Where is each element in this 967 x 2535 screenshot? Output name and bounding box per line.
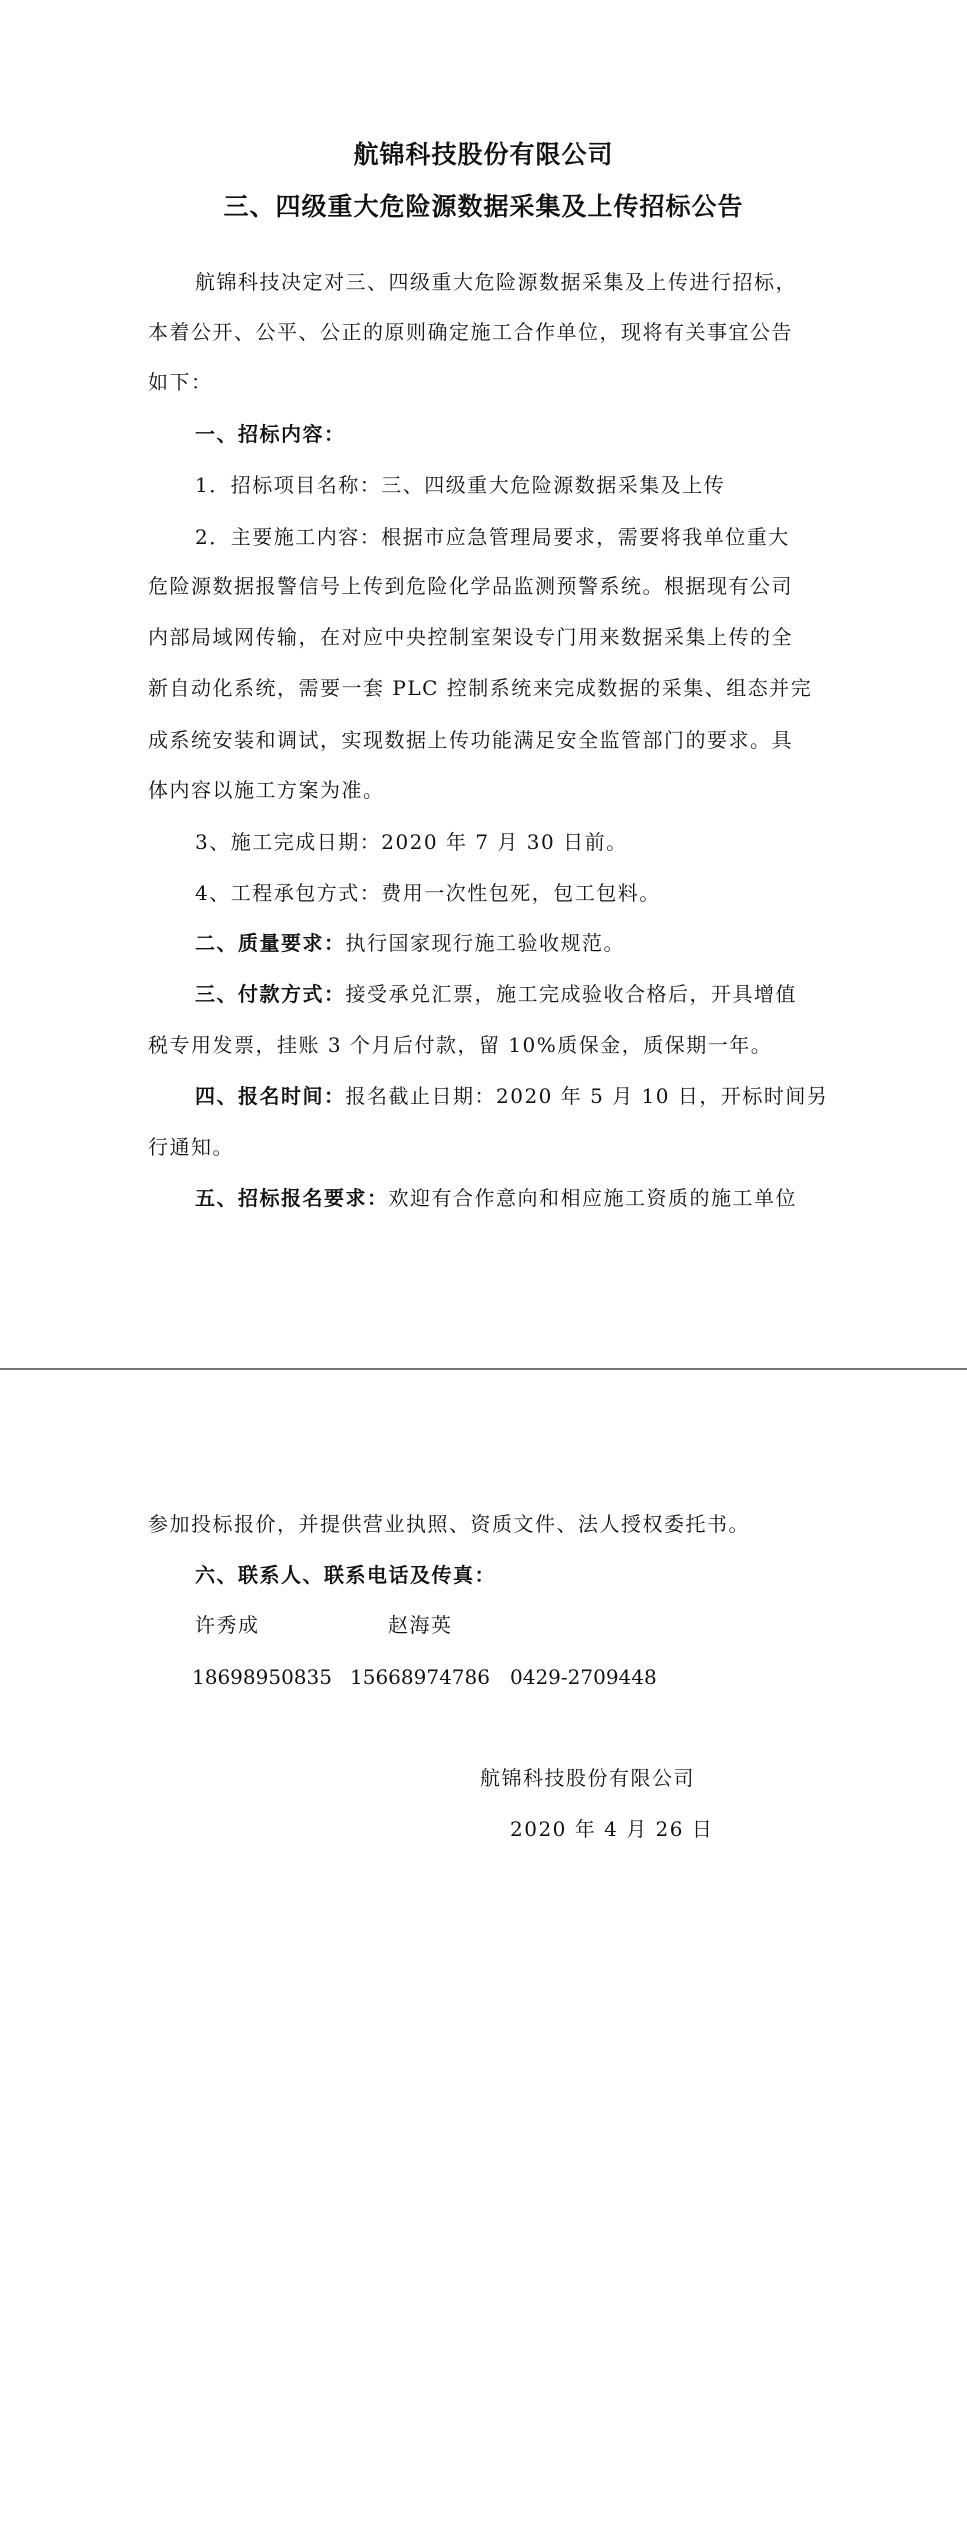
- intro-line-2: 本着公开、公平、公正的原则确定施工合作单位，现将有关事宜公告: [148, 320, 793, 344]
- signature-date: 2020 年 4 月 26 日: [510, 1817, 713, 1841]
- section-heading: 六、联系人、联系电话及传真：: [195, 1563, 496, 1587]
- section-text: 执行国家现行施工验收规范。: [346, 931, 626, 955]
- section4-line-1: 四、报名时间：报名截止日期：2020 年 5 月 10 日，开标时间另: [195, 1084, 828, 1108]
- phone-2: 15668974786: [350, 1665, 490, 1689]
- section-text: 接受承兑汇票，施工完成验收合格后，开具增值: [346, 982, 798, 1006]
- section-heading: 二、质量要求：: [195, 931, 346, 955]
- section-heading: 三、付款方式：: [195, 982, 346, 1006]
- company-title: 航锦科技股份有限公司: [0, 140, 967, 170]
- fax: 0429-2709448: [510, 1665, 657, 1689]
- item2-line-4: 新自动化系统，需要一套 PLC 控制系统来完成数据的采集、组态并完: [148, 676, 812, 700]
- section1-heading: 一、招标内容：: [195, 422, 346, 446]
- section-text: 欢迎有合作意向和相应施工资质的施工单位: [389, 1186, 798, 1210]
- intro-line-3: 如下：: [148, 370, 213, 394]
- phone-1: 18698950835: [192, 1665, 332, 1689]
- contact-name-1: 许秀成: [195, 1613, 260, 1637]
- signature-company: 航锦科技股份有限公司: [480, 1766, 695, 1790]
- section-heading: 四、报名时间：: [195, 1084, 346, 1108]
- section5-line-1: 五、招标报名要求：欢迎有合作意向和相应施工资质的施工单位: [195, 1186, 797, 1210]
- item2-line-1: 2．主要施工内容：根据市应急管理局要求，需要将我单位重大: [195, 525, 790, 549]
- section4-line-2: 行通知。: [148, 1135, 234, 1159]
- section3-line-2: 税专用发票，挂账 3 个月后付款，留 10%质保金，质保期一年。: [148, 1033, 772, 1057]
- item2-line-2: 危险源数据报警信号上传到危险化学品监测预警系统。根据现有公司: [148, 574, 793, 598]
- section6-heading: 六、联系人、联系电话及传真：: [195, 1563, 496, 1587]
- item2-line-3: 内部局域网传输，在对应中央控制室架设专门用来数据采集上传的全: [148, 625, 793, 649]
- section-heading: 五、招标报名要求：: [195, 1186, 389, 1210]
- item3: 3、施工完成日期：2020 年 7 月 30 日前。: [195, 830, 628, 854]
- announcement-title: 三、四级重大危险源数据采集及上传招标公告: [0, 192, 967, 222]
- page-break-divider: [0, 1368, 967, 1370]
- section3-line-1: 三、付款方式：接受承兑汇票，施工完成验收合格后，开具增值: [195, 982, 797, 1006]
- item2-line-6: 体内容以施工方案为准。: [148, 778, 385, 802]
- contact-name-2: 赵海英: [388, 1613, 453, 1637]
- section2: 二、质量要求：执行国家现行施工验收规范。: [195, 931, 625, 955]
- intro-line-1: 航锦科技决定对三、四级重大危险源数据采集及上传进行招标，: [195, 270, 797, 294]
- item2-line-5: 成系统安装和调试，实现数据上传功能满足安全监管部门的要求。具: [148, 728, 793, 752]
- section-text: 报名截止日期：2020 年 5 月 10 日，开标时间另: [346, 1084, 829, 1108]
- item4: 4、工程承包方式：费用一次性包死，包工包料。: [195, 881, 661, 905]
- section5-line-2: 参加投标报价，并提供营业执照、资质文件、法人授权委托书。: [148, 1512, 750, 1536]
- section-heading: 一、招标内容：: [195, 422, 346, 446]
- item1: 1．招标项目名称：三、四级重大危险源数据采集及上传: [195, 473, 725, 497]
